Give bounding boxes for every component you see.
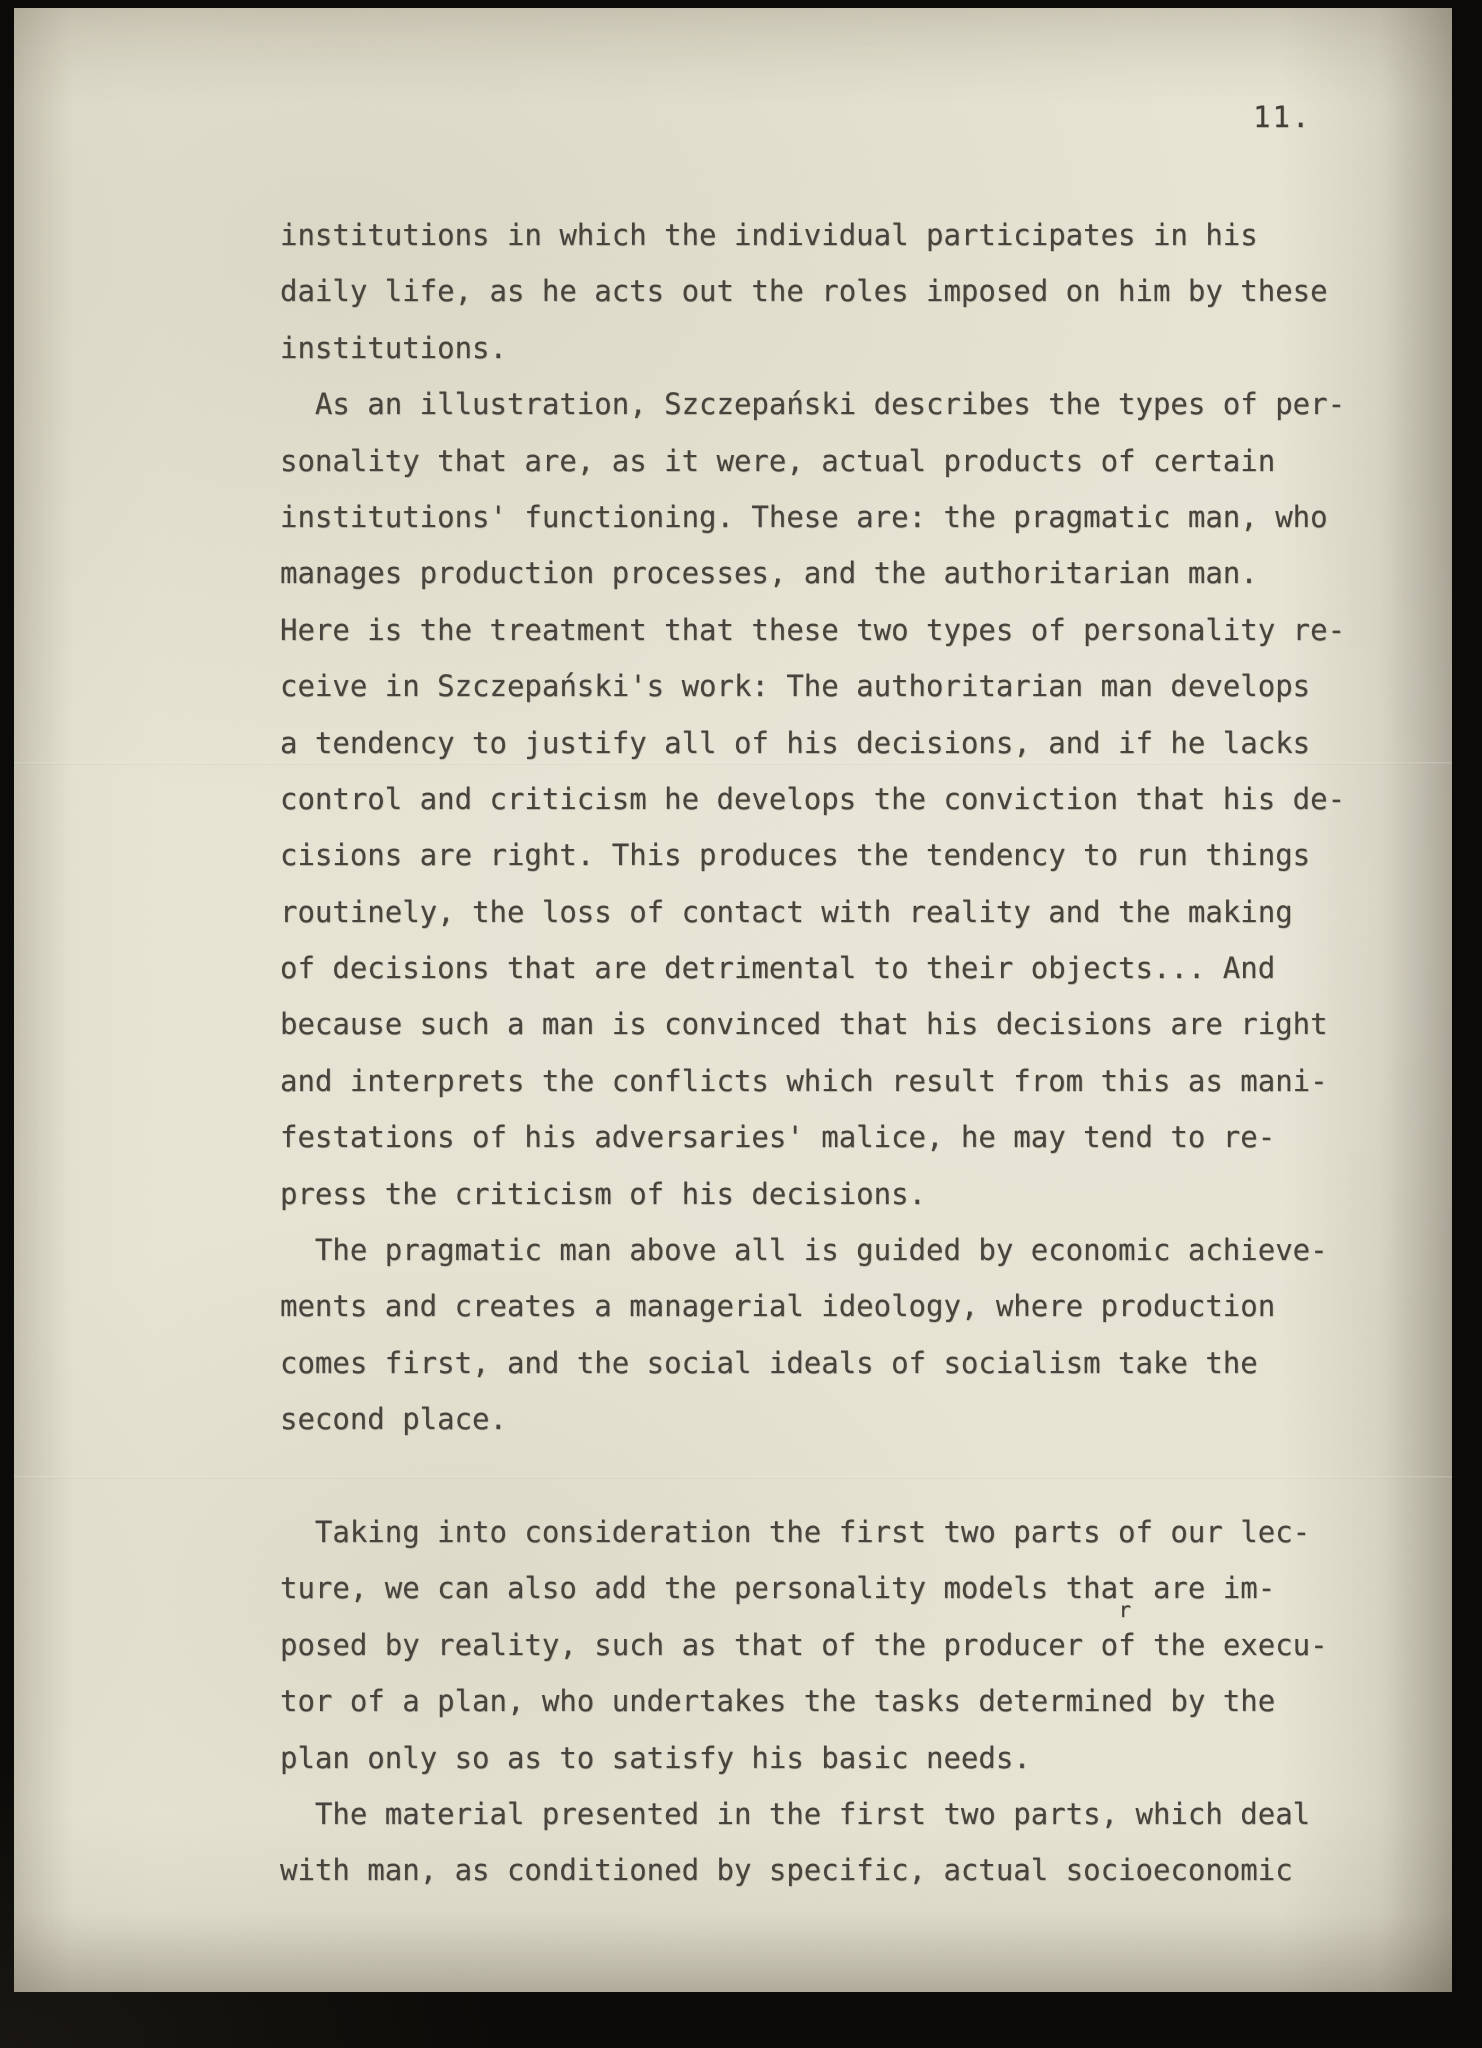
blank-line — [280, 1448, 1400, 1504]
text-line: The material presented in the first two … — [280, 1786, 1400, 1842]
text-line: ture, we can also add the personality mo… — [280, 1560, 1400, 1616]
text-line: As an illustration, Szczepański describe… — [280, 376, 1400, 432]
text-line: tor of a plan, who undertakes the tasks … — [280, 1673, 1400, 1729]
text-line: with man, as conditioned by specific, ac… — [280, 1842, 1400, 1898]
text-line: comes first, and the social ideals of so… — [280, 1335, 1400, 1391]
text-line: Here is the treatment that these two typ… — [280, 602, 1400, 658]
text-line: of decisions that are detrimental to the… — [280, 940, 1400, 996]
correction-superscript: r — [1118, 1600, 1131, 1621]
text-line: plan only so as to satisfy his basic nee… — [280, 1730, 1400, 1786]
text-line: control and criticism he develops the co… — [280, 771, 1400, 827]
text-line: sonality that are, as it were, actual pr… — [280, 433, 1400, 489]
page-number: 11. — [1253, 100, 1311, 134]
text-block: institutions in which the individual par… — [280, 207, 1400, 1899]
text-line: second place. — [280, 1391, 1400, 1447]
typed-correction: fr — [1118, 1617, 1135, 1673]
text-line: ments and creates a managerial ideology,… — [280, 1278, 1400, 1334]
text-line: daily life, as he acts out the roles imp… — [280, 263, 1400, 319]
scan-background: 11. institutions in which the individual… — [0, 0, 1482, 2048]
text-line: Taking into consideration the first two … — [280, 1504, 1400, 1560]
text-line: a tendency to justify all of his decisio… — [280, 715, 1400, 771]
text-line: press the criticism of his decisions. — [280, 1166, 1400, 1222]
text-line: posed by reality, such as that of the pr… — [280, 1617, 1400, 1673]
text-line: festations of his adversaries' malice, h… — [280, 1109, 1400, 1165]
text-line: because such a man is convinced that his… — [280, 996, 1400, 1052]
text-line: The pragmatic man above all is guided by… — [280, 1222, 1400, 1278]
text-line: ceive in Szczepański's work: The authori… — [280, 658, 1400, 714]
text-line: institutions. — [280, 320, 1400, 376]
text-line: routinely, the loss of contact with real… — [280, 884, 1400, 940]
text-line: cisions are right. This produces the ten… — [280, 827, 1400, 883]
document-paper: 11. institutions in which the individual… — [14, 8, 1452, 1992]
text-line: institutions' functioning. These are: th… — [280, 489, 1400, 545]
text-line: and interprets the conflicts which resul… — [280, 1053, 1400, 1109]
text-line: institutions in which the individual par… — [280, 207, 1400, 263]
text-line: manages production processes, and the au… — [280, 545, 1400, 601]
